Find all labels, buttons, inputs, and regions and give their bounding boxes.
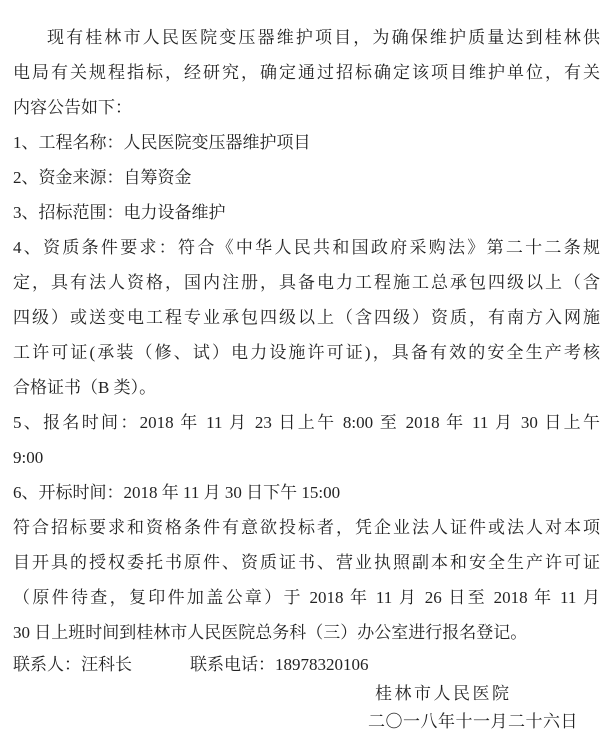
- contact-line: 联系人：汪科长联系电话：18978320106: [13, 650, 600, 680]
- signature-organization: 桂林市人民医院: [13, 680, 600, 708]
- intro-line-3: 内容公告如下：: [13, 90, 600, 125]
- contact-person-label: 联系人：: [13, 655, 81, 674]
- item-signup-time-line-1: 5、报名时间：2018 年 11 月 23 日上午 8:00 至 2018 年 …: [13, 405, 600, 440]
- contact-phone-number: 18978320106: [275, 655, 369, 674]
- item-qualification-line-5: 合格证书（B 类）。: [13, 370, 600, 405]
- item-qualification-line-2: 定，具有法人资格，国内注册，具备电力工程施工总承包四级以上（含: [13, 265, 600, 300]
- registration-instructions-line-3: （原件待查，复印件加盖公章）于 2018 年 11 月 26 日至 2018 年…: [13, 580, 600, 615]
- item-qualification-line-1: 4、资质条件要求：符合《中华人民共和国政府采购法》第二十二条规: [13, 230, 600, 265]
- item-qualification-line-4: 工许可证(承装（修、试）电力设施许可证)，具备有效的安全生产考核: [13, 335, 600, 370]
- signature-date: 二〇一八年十一月二十六日: [13, 708, 600, 736]
- intro-line-1: 现有桂林市人民医院变压器维护项目，为确保维护质量达到桂林供: [13, 20, 600, 55]
- item-signup-time-line-2: 9:00: [13, 440, 600, 475]
- item-qualification-line-3: 四级）或送变电工程专业承包四级以上（含四级）资质，有南方入网施: [13, 300, 600, 335]
- registration-instructions-line-2: 目开具的授权委托书原件、资质证书、营业执照副本和安全生产许可证: [13, 545, 600, 580]
- registration-instructions-line-4: 30 日上班时间到桂林市人民医院总务科（三）办公室进行报名登记。: [13, 615, 600, 650]
- contact-phone-label: 联系电话：: [190, 655, 275, 674]
- item-bid-opening-time: 6、开标时间：2018 年 11 月 30 日下午 15:00: [13, 475, 600, 510]
- contact-person-name: 汪科长: [81, 655, 132, 674]
- item-funding-source: 2、资金来源：自筹资金: [13, 160, 600, 195]
- announcement-document: 现有桂林市人民医院变压器维护项目，为确保维护质量达到桂林供 电局有关规程指标，经…: [0, 0, 613, 747]
- intro-line-2: 电局有关规程指标，经研究，确定通过招标确定该项目维护单位，有关: [13, 55, 600, 90]
- item-bidding-scope: 3、招标范围：电力设备维护: [13, 195, 600, 230]
- registration-instructions-line-1: 符合招标要求和资格条件有意欲投标者，凭企业法人证件或法人对本项: [13, 510, 600, 545]
- item-project-name: 1、工程名称：人民医院变压器维护项目: [13, 125, 600, 160]
